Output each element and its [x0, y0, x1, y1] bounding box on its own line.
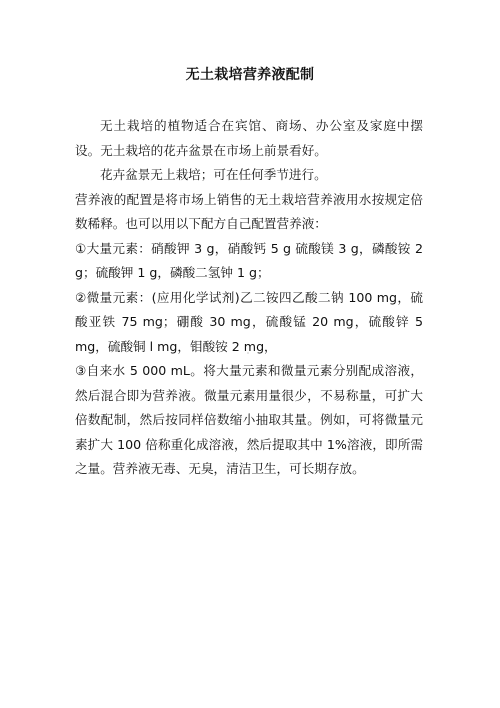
paragraph-season: 花卉盆景无上栽培；可在任何季节进行。 — [75, 163, 423, 188]
paragraph-preparation: 营养液的配置是将市场上销售的无土栽培营养液用水按规定倍数稀释。也可以用以下配方自… — [75, 188, 423, 237]
paragraph-macro-elements: ①大量元素：硝酸钾 3 g，硝酸钙 5 g 硫酸镁 3 g，磷酸铵 2 g；硫酸… — [75, 237, 423, 286]
document-body: 无土栽培的植物适合在宾馆、商场、办公室及家庭中摆设。无土栽培的花卉盆景在市场上前… — [75, 114, 423, 482]
paragraph-micro-elements: ②微量元素：(应用化学试剂)乙二铵四乙酸二钠 100 mg，硫酸亚铁 75 mg… — [75, 286, 423, 360]
document-title: 无土栽培营养液配制 — [0, 64, 500, 84]
paragraph-water-mixing: ③自来水 5 000 mL。将大量元素和微量元素分别配成溶液，然后混合即为营养液… — [75, 359, 423, 482]
speck-artifact — [247, 352, 249, 354]
paragraph-intro: 无土栽培的植物适合在宾馆、商场、办公室及家庭中摆设。无土栽培的花卉盆景在市场上前… — [75, 114, 423, 163]
